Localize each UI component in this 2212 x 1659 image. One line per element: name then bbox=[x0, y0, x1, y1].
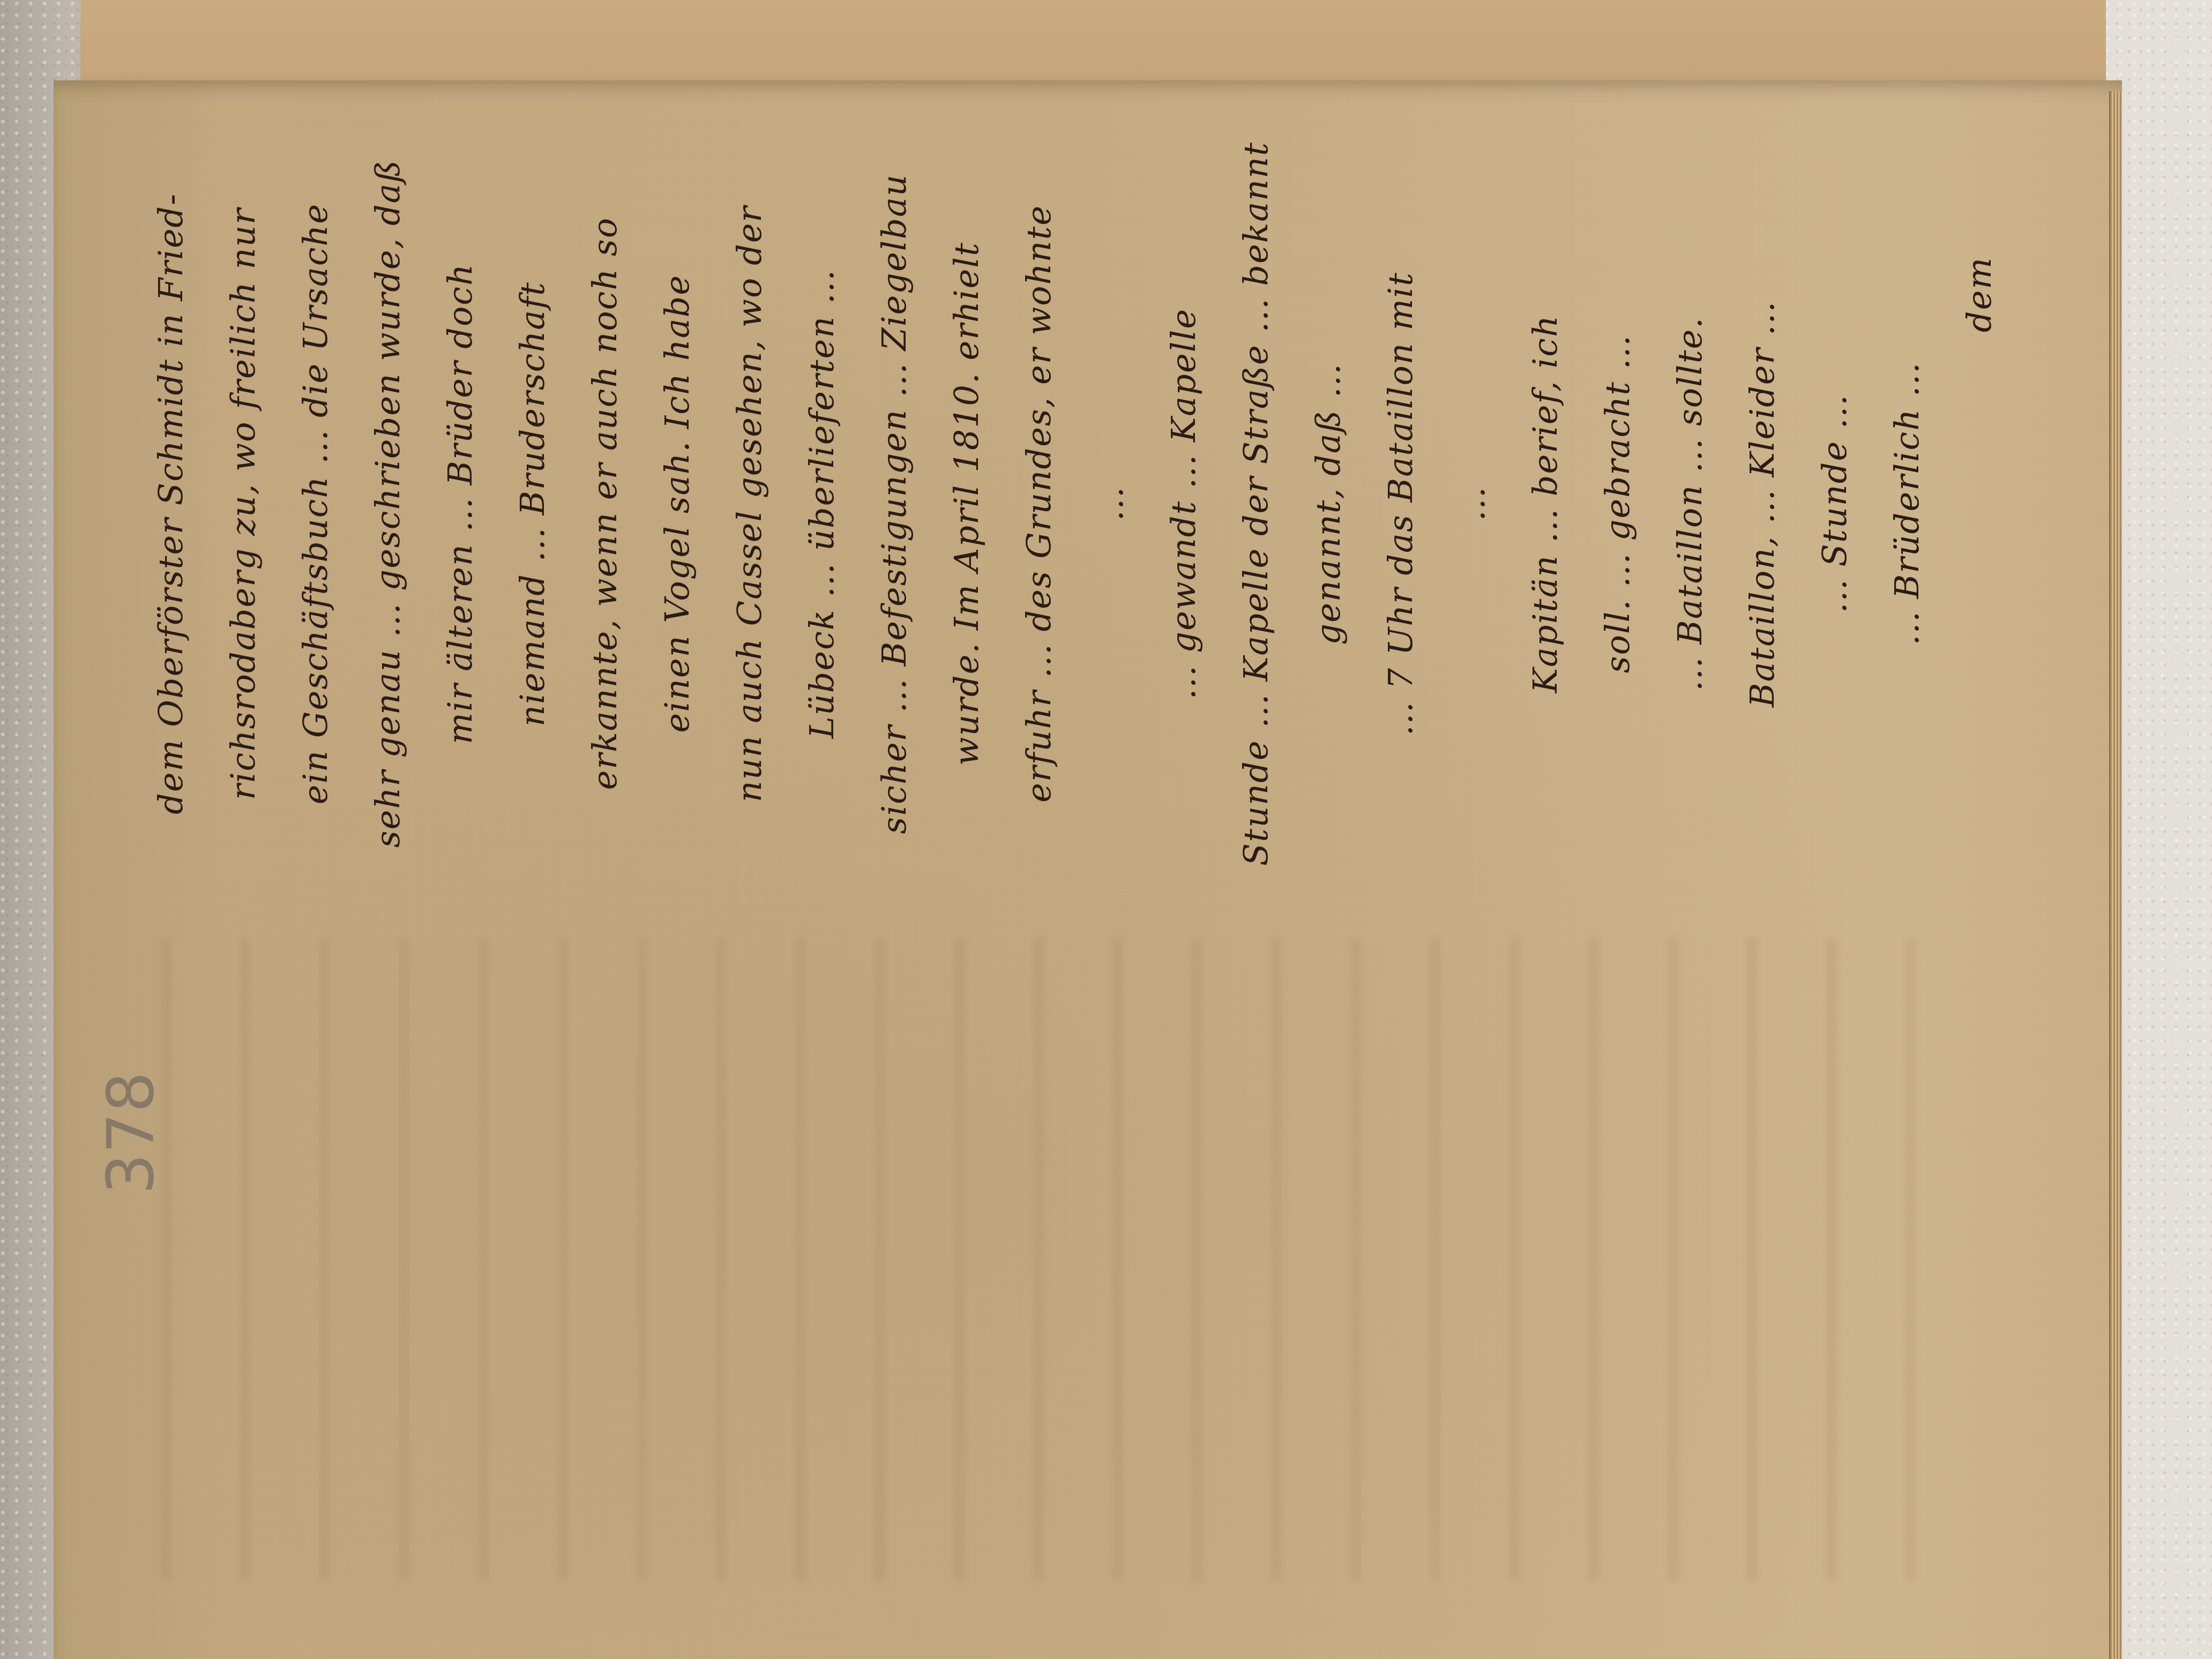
text-line: ... gewandt ... Kapelle bbox=[1141, 107, 1200, 900]
text-line: ... Bataillon ... sollte. bbox=[1648, 107, 1707, 900]
text-line: sehr genau ... geschrieben wurde, daß bbox=[346, 107, 405, 900]
text-line: ... 7 Uhr das Bataillon mit bbox=[1358, 107, 1417, 900]
ink-bleed-through bbox=[129, 938, 1951, 1581]
text-line: ein Geschäftsbuch ... die Ursache bbox=[273, 107, 332, 900]
text-line: ... Brüderlich ... bbox=[1865, 107, 1924, 900]
text-line: erfuhr ... des Grundes, er wohnte bbox=[997, 107, 1056, 900]
text-line: niemand ... Bruderschaft bbox=[490, 107, 549, 900]
text-line: Lübeck ... überlieferten ... bbox=[780, 107, 839, 900]
text-line: soll. ... gebracht ... bbox=[1575, 107, 1634, 900]
text-line: richsrodaberg zu, wo freilich nur bbox=[201, 107, 260, 900]
text-line-catchword: dem bbox=[1937, 107, 1996, 482]
text-line: erkannte, wenn er auch noch so bbox=[563, 107, 622, 900]
text-line: Kapitän ... berief, ich bbox=[1503, 107, 1562, 900]
text-line: Bataillon, ... Kleider ... bbox=[1720, 107, 1779, 900]
text-line: einen Vogel sah. Ich habe bbox=[635, 107, 694, 900]
text-line: ... bbox=[1069, 107, 1128, 900]
page-stack-edge bbox=[2109, 91, 2122, 1659]
text-line: genannt, daß ... bbox=[1286, 107, 1345, 900]
pencil-page-number: 378 bbox=[94, 1072, 168, 1194]
handwritten-text-block: dem Oberförster Schmidt in Fried- richsr… bbox=[129, 107, 2004, 900]
text-line: sicher ... Befestigungen ... Ziegelbau bbox=[852, 107, 911, 900]
text-line: nun auch Cassel gesehen, wo der bbox=[707, 107, 766, 900]
text-line: dem Oberförster Schmidt in Fried- bbox=[129, 107, 188, 900]
text-line: Stunde ... Kapelle der Straße ... bekann… bbox=[1214, 107, 1273, 900]
text-line: mir älteren ... Brüder doch bbox=[418, 107, 477, 900]
text-line: ... Stunde ... bbox=[1792, 107, 1851, 900]
text-line: wurde. Im April 1810. erhielt bbox=[924, 107, 983, 900]
text-line: ... bbox=[1431, 107, 1490, 900]
